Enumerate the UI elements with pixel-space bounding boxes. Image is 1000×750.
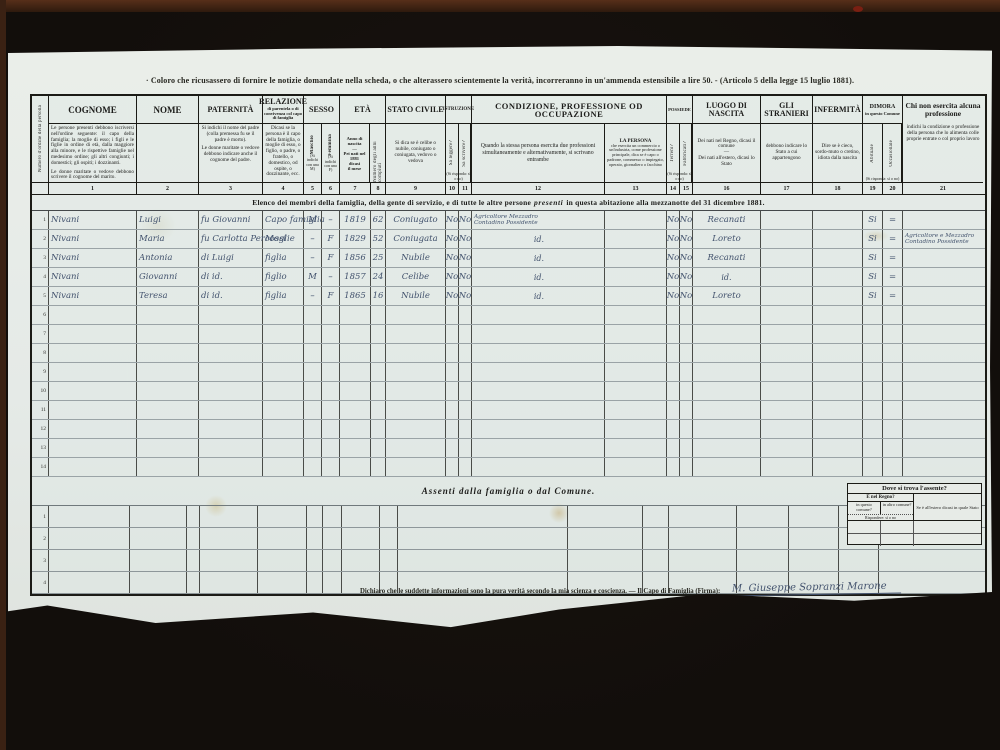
cell-prof (605, 344, 667, 362)
istruzione-title: ISTRUZIONE (446, 96, 471, 124)
cell-luogo (693, 344, 761, 362)
cell-c3 (187, 528, 200, 549)
absent-row: 3 (32, 550, 985, 572)
cell-anni (371, 420, 386, 438)
cell-sm (304, 401, 322, 419)
chi-non-esercita-desc: indichi la condizione o professione dell… (903, 123, 983, 182)
cell-nome: Luigi (137, 211, 199, 229)
present-row: 14 (32, 458, 985, 477)
cell-cognome (49, 439, 137, 457)
cognome-desc2: Le donne maritate o vedove debbono scriv… (51, 170, 134, 182)
col-num-13: 13 (605, 183, 666, 194)
cell-anno (340, 344, 371, 362)
col-num-1: 1 (49, 183, 136, 194)
cell-stato (386, 458, 446, 476)
cell-scrive (459, 401, 472, 419)
cell-c2 (130, 572, 187, 593)
cell-terreni (667, 306, 680, 324)
infermita-desc: Dire se è cieco, sordo-muto o cretino, i… (813, 124, 862, 182)
sa-scrivere-label: Sa scrivere? (462, 140, 467, 167)
cell-sf: – (322, 211, 340, 229)
cell-paternita (199, 344, 263, 362)
cell-relazione (263, 363, 304, 381)
cell-anni: 52 (371, 230, 386, 248)
cell-dimab: Si (863, 211, 883, 229)
cell-c13 (669, 550, 737, 571)
cell-c6 (307, 550, 323, 571)
cell-sm (304, 325, 322, 343)
row-number: 11 (32, 401, 49, 419)
col-num-4: 4 (263, 183, 303, 194)
cell-scrive: No (459, 230, 472, 248)
col-stranieri: GLI STRANIERI debbono indicare lo Stato … (761, 96, 813, 194)
cell-cond: id. (472, 287, 605, 305)
cell-dimoc (883, 401, 903, 419)
cell-relazione: Capo famiglia (263, 211, 304, 229)
cell-nome (137, 325, 199, 343)
col-sesso: SESSO Maschio (Si indichi con una M) Fem… (304, 96, 340, 194)
cell-anni: 24 (371, 268, 386, 286)
cell-fabbricati (680, 439, 693, 457)
cell-nome: Maria (137, 230, 199, 248)
row-number: 1 (32, 211, 49, 229)
cell-terreni (667, 344, 680, 362)
cell-c1 (49, 572, 130, 593)
cell-sm (304, 344, 322, 362)
cell-fabbricati (680, 401, 693, 419)
cell-anni (371, 325, 386, 343)
cell-luogo (693, 363, 761, 381)
cell-cognome: Nivani (49, 230, 137, 248)
cell-relazione: figlia (263, 249, 304, 267)
cell-paternita: fu Carlotta Percossi (199, 230, 263, 248)
cell-infermita (813, 363, 863, 381)
cell-scrive (459, 325, 472, 343)
present-row: 11 (32, 401, 985, 420)
cell-sf: F (322, 249, 340, 267)
cell-sf (322, 363, 340, 381)
cell-paternita (199, 420, 263, 438)
col-relazione: RELAZIONE di parentela o di convivenza c… (263, 96, 304, 194)
cell-luogo (693, 420, 761, 438)
cell-sm (304, 382, 322, 400)
cell-c7 (323, 572, 342, 593)
cell-straniero (761, 268, 813, 286)
cell-stato (386, 401, 446, 419)
cell-luogo (693, 439, 761, 457)
numero-persona-label: Numero d'ordine della persona (38, 105, 43, 172)
cell-anni: 16 (371, 287, 386, 305)
cell-anno (340, 363, 371, 381)
cell-anno (340, 325, 371, 343)
cell-dimab (863, 439, 883, 457)
cell-cognome (49, 325, 137, 343)
cell-sf (322, 306, 340, 324)
cell-c11 (568, 528, 643, 549)
cell-nome (137, 344, 199, 362)
cell-cognome: Nivani (49, 268, 137, 286)
cell-c12 (643, 506, 669, 527)
cell-dimab (863, 325, 883, 343)
cell-straniero (761, 306, 813, 324)
declaration-text: Dichiaro che le suddette informazioni so… (360, 588, 720, 595)
census-sheet: · Coloro che ricusassero di fornire le n… (8, 46, 992, 630)
cell-relazione (263, 401, 304, 419)
head-of-family-signature: M. Giuseppe Sopranzi Marone (726, 580, 901, 596)
col-num-21: 21 (903, 183, 983, 194)
cell-c8 (342, 550, 380, 571)
cell-cond: Agricoltore Mezzadro Contadino Possident… (472, 211, 605, 229)
present-rows: 1NivaniLuigifu GiovanniCapo famigliaM–18… (32, 211, 985, 477)
col-num-3: 3 (199, 183, 262, 194)
row-number: 8 (32, 344, 49, 362)
cell-infermita (813, 211, 863, 229)
present-row: 3NivaniAntoniadi Luigifiglia–F185625Nubi… (32, 249, 985, 268)
absent-note: Rispondere: sì o no (848, 514, 913, 520)
cell-paternita: di id. (199, 268, 263, 286)
col-paternita: PATERNITÀ Si indichi il nome del padre (… (199, 96, 263, 194)
cell-infermita (813, 382, 863, 400)
cell-dimoc (883, 458, 903, 476)
present-row: 12 (32, 420, 985, 439)
present-row: 4NivaniGiovannidi id.figlioM–185724Celib… (32, 268, 985, 287)
cell-relazione (263, 420, 304, 438)
cell-terreni (667, 382, 680, 400)
possiede-note: (Si risponda: sì o no) (667, 172, 692, 181)
cell-chi (903, 458, 983, 476)
cell-relazione (263, 344, 304, 362)
chi-non-esercita-title: Chi non esercita alcuna professione (903, 96, 983, 123)
col-num-2: 2 (137, 183, 198, 194)
cell-chi (903, 382, 983, 400)
cell-dimoc: = (883, 287, 903, 305)
dimora-title: DIMORA (870, 103, 896, 111)
sesso-maschio-note: (Si indichi con una M) (304, 154, 321, 171)
cell-prof (605, 420, 667, 438)
cell-sm (304, 420, 322, 438)
cell-cond (472, 363, 605, 381)
cell-dimoc: = (883, 230, 903, 248)
cell-prof (605, 249, 667, 267)
paternita-title: PATERNITÀ (199, 96, 262, 124)
cell-legge (446, 439, 459, 457)
cell-c6 (307, 528, 323, 549)
present-row: 7 (32, 325, 985, 344)
absent-regno-label: È nel Regno? (848, 494, 913, 502)
cell-scrive (459, 458, 472, 476)
cell-sf (322, 401, 340, 419)
cell-chi (903, 306, 983, 324)
col-num-7: 7 (340, 183, 371, 194)
col-num-6: 6 (322, 183, 339, 194)
dimora-abituale-label: Abituale (870, 144, 875, 163)
cell-scrive (459, 363, 472, 381)
relazione-title: RELAZIONE (259, 98, 307, 106)
legal-notice: · Coloro che ricusassero di fornire le n… (8, 76, 992, 85)
absent-title: Assenti dalla famiglia o dal Comune. (32, 486, 985, 496)
cell-sf: F (322, 230, 340, 248)
cell-luogo (693, 382, 761, 400)
cell-relazione (263, 306, 304, 324)
cell-stato (386, 420, 446, 438)
col-num-19: 19 (863, 183, 883, 194)
cell-dimab: Si (863, 287, 883, 305)
col-possiede: POSSIEDE Terreni? Fabbricati? (Si rispon… (667, 96, 693, 194)
cell-c14 (737, 528, 789, 549)
absent-row: 2 (32, 528, 985, 550)
absent-row: 1 (32, 506, 985, 528)
cell-scrive (459, 344, 472, 362)
cell-anno (340, 306, 371, 324)
cell-dimoc (883, 344, 903, 362)
cell-c9 (380, 506, 398, 527)
cell-relazione (263, 458, 304, 476)
row-number: 2 (32, 230, 49, 248)
col-luogo-nascita: LUOGO DI NASCITA Dei nati nel Regno, dic… (693, 96, 761, 194)
cell-nome (137, 382, 199, 400)
cell-nome: Giovanni (137, 268, 199, 286)
cell-c3 (187, 506, 200, 527)
cell-infermita (813, 230, 863, 248)
cell-anno (340, 382, 371, 400)
cell-fabbricati: No (680, 211, 693, 229)
cell-sf (322, 439, 340, 457)
condizione-sub1: Quando la stessa persona esercita due pr… (472, 124, 605, 182)
cell-anno (340, 401, 371, 419)
census-table: Numero d'ordine della persona COGNOME Le… (30, 94, 987, 596)
cell-cond (472, 306, 605, 324)
eta-title: ETÀ (340, 96, 385, 124)
cell-c10 (398, 528, 568, 549)
cell-prof (605, 211, 667, 229)
cell-dimoc: = (883, 268, 903, 286)
cell-infermita (813, 306, 863, 324)
cell-anni: 25 (371, 249, 386, 267)
col-num-17: 17 (761, 183, 812, 194)
cell-straniero (761, 363, 813, 381)
row-number: 9 (32, 363, 49, 381)
cell-anni: 62 (371, 211, 386, 229)
cell-stato (386, 439, 446, 457)
cell-paternita (199, 306, 263, 324)
cell-chi (903, 344, 983, 362)
cell-nome (137, 363, 199, 381)
row-number: 1 (32, 506, 49, 527)
cell-legge (446, 363, 459, 381)
cell-straniero (761, 458, 813, 476)
cell-chi: Agricoltore e Mezzadro Contadino Posside… (903, 230, 983, 248)
cell-cond: id. (472, 230, 605, 248)
cell-infermita (813, 420, 863, 438)
cell-c6 (307, 572, 323, 593)
cell-luogo: Recanati (693, 211, 761, 229)
cell-infermita (813, 268, 863, 286)
cell-c12 (643, 550, 669, 571)
cell-dimab (863, 306, 883, 324)
cell-cond (472, 382, 605, 400)
cell-sf: – (322, 268, 340, 286)
relazione-subtitle: di parentela o di convivenza col capo di… (264, 107, 302, 121)
cell-anni (371, 458, 386, 476)
dimora-subtitle: in questo Comune (865, 112, 900, 117)
cell-sf (322, 420, 340, 438)
cell-straniero (761, 420, 813, 438)
cell-paternita (199, 458, 263, 476)
cell-sm (304, 363, 322, 381)
cell-sm: M (304, 211, 322, 229)
cell-prof (605, 230, 667, 248)
cell-sf (322, 344, 340, 362)
cell-cognome (49, 458, 137, 476)
cell-fabbricati: No (680, 230, 693, 248)
luogo-nascita-desc: Dei nati nel Regno, dicasi il comune — D… (693, 124, 760, 182)
cell-c7 (323, 528, 342, 549)
cell-chi (903, 363, 983, 381)
cell-dimab: Si (863, 230, 883, 248)
present-row: 2NivaniMariafu Carlotta PercossiMoglie–F… (32, 230, 985, 249)
cell-c15 (789, 550, 839, 571)
cell-sm (304, 458, 322, 476)
cell-cognome (49, 306, 137, 324)
cell-relazione (263, 439, 304, 457)
cell-c10 (398, 550, 568, 571)
caption-em: presenti (534, 198, 563, 207)
cell-dimab (863, 344, 883, 362)
cell-dimoc: = (883, 211, 903, 229)
cell-sm (304, 306, 322, 324)
present-row: 1NivaniLuigifu GiovanniCapo famigliaM–18… (32, 211, 985, 230)
cell-luogo (693, 325, 761, 343)
cell-fabbricati: No (680, 268, 693, 286)
cell-fabbricati (680, 420, 693, 438)
cell-nome (137, 401, 199, 419)
cell-c12 (643, 528, 669, 549)
row-number: 7 (32, 325, 49, 343)
luogo-nascita-title: LUOGO DI NASCITA (693, 96, 760, 124)
sesso-title: SESSO (304, 96, 339, 124)
cell-c13 (669, 506, 737, 527)
cell-fabbricati (680, 363, 693, 381)
cell-prof (605, 458, 667, 476)
cell-c3 (187, 572, 200, 593)
dimora-note: (Si risponda: sì o no) (863, 177, 902, 181)
cell-stato: Nubile (386, 287, 446, 305)
cell-terreni (667, 420, 680, 438)
cell-scrive (459, 420, 472, 438)
cell-c2 (130, 550, 187, 571)
cell-scrive (459, 439, 472, 457)
cell-scrive: No (459, 287, 472, 305)
cell-straniero (761, 401, 813, 419)
cell-c6 (307, 506, 323, 527)
cell-prof (605, 306, 667, 324)
col-dimora: DIMORA in questo Comune Abituale Occasio… (863, 96, 903, 194)
cell-prof (605, 363, 667, 381)
cell-c8 (342, 506, 380, 527)
cell-sm: – (304, 287, 322, 305)
cell-terreni (667, 401, 680, 419)
cell-cognome (49, 401, 137, 419)
cell-stato (386, 382, 446, 400)
col-num-5: 5 (304, 183, 322, 194)
cell-cognome (49, 382, 137, 400)
cell-scrive: No (459, 249, 472, 267)
cell-relazione: figlia (263, 287, 304, 305)
cell-legge (446, 344, 459, 362)
cell-scrive (459, 382, 472, 400)
cell-dimoc: = (883, 249, 903, 267)
cell-cond (472, 401, 605, 419)
cell-c16 (839, 550, 879, 571)
cell-infermita (813, 458, 863, 476)
cell-chi (903, 439, 983, 457)
cell-legge (446, 420, 459, 438)
cell-stato: Celibe (386, 268, 446, 286)
table-header: Numero d'ordine della persona COGNOME Le… (32, 96, 985, 195)
present-row: 9 (32, 363, 985, 382)
cell-terreni (667, 363, 680, 381)
cell-chi (903, 401, 983, 419)
cell-sm (304, 439, 322, 457)
cell-prof (605, 325, 667, 343)
cell-cond (472, 344, 605, 362)
cell-scrive: No (459, 268, 472, 286)
cell-paternita (199, 363, 263, 381)
absent-questo-comune: in questo comune? (848, 502, 881, 514)
col-num-14: 14 (667, 183, 680, 194)
stranieri-title: GLI STRANIERI (761, 96, 812, 124)
cell-infermita (813, 325, 863, 343)
cell-fabbricati: No (680, 287, 693, 305)
sesso-femmina-note: (Si indichi con una F) (322, 155, 339, 172)
cell-dimoc (883, 363, 903, 381)
cell-paternita (199, 382, 263, 400)
cell-straniero (761, 439, 813, 457)
cell-c14 (737, 506, 789, 527)
cell-luogo: id. (693, 268, 761, 286)
sa-leggere-label: Sa leggere? (449, 140, 454, 165)
row-number: 4 (32, 268, 49, 286)
cell-anno: 1865 (340, 287, 371, 305)
cell-stato: Coniugato (386, 211, 446, 229)
stranieri-desc: debbono indicare lo Stato a cui apparten… (761, 124, 812, 182)
cell-c15 (789, 528, 839, 549)
cell-legge (446, 458, 459, 476)
cell-c2 (130, 506, 187, 527)
cell-straniero (761, 211, 813, 229)
cell-luogo (693, 401, 761, 419)
cell-anni (371, 344, 386, 362)
cell-paternita (199, 325, 263, 343)
cell-anni (371, 382, 386, 400)
col-numero-persona: Numero d'ordine della persona (32, 96, 49, 194)
cell-c9 (380, 528, 398, 549)
cell-chi (903, 268, 983, 286)
cell-anno: 1829 (340, 230, 371, 248)
row-number: 4 (32, 572, 49, 593)
cell-c8 (342, 528, 380, 549)
cell-paternita: fu Giovanni (199, 211, 263, 229)
row-number: 3 (32, 550, 49, 571)
cell-relazione: Moglie (263, 230, 304, 248)
cell-c5 (258, 506, 307, 527)
cell-prof (605, 382, 667, 400)
col-num-8: 8 (371, 183, 385, 194)
cell-prof (605, 287, 667, 305)
row-number: 3 (32, 249, 49, 267)
cell-nome (137, 420, 199, 438)
present-row: 10 (32, 382, 985, 401)
